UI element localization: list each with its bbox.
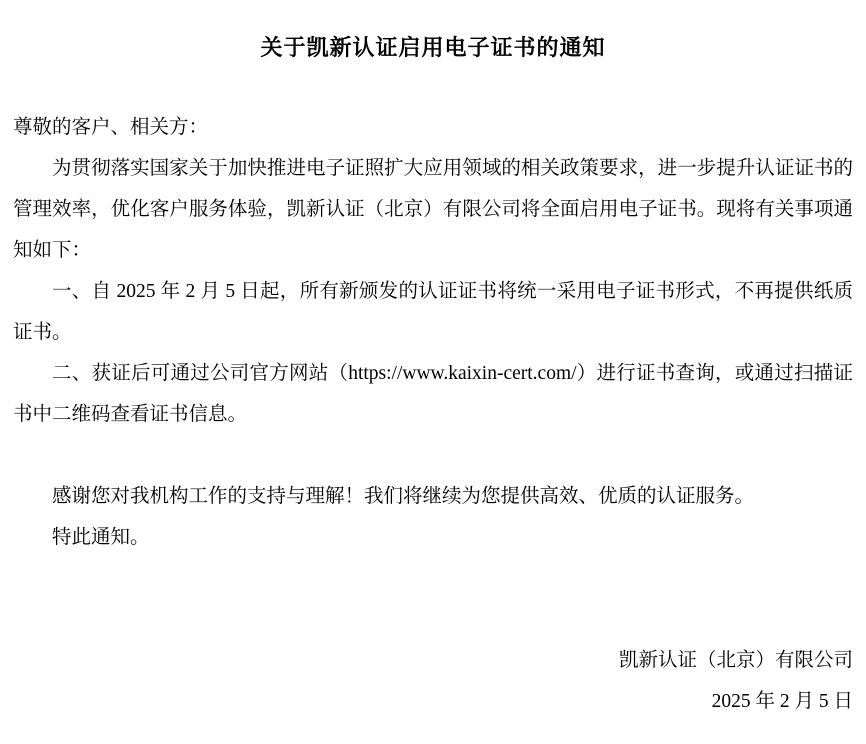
notice-title: 关于凯新认证启用电子证书的通知 xyxy=(13,0,853,63)
notice-body: 尊敬的客户、相关方： 为贯彻落实国家关于加快推进电子证照扩大应用领域的相关政策要… xyxy=(13,107,853,558)
blank-space xyxy=(13,558,853,640)
signature-date: 2025 年 2 月 5 日 xyxy=(13,681,853,722)
notice-paragraph-item-1: 一、自 2025 年 2 月 5 日起，所有新颁发的认证证书将统一采用电子证书形… xyxy=(13,271,853,353)
closing-notice: 特此通知。 xyxy=(13,517,853,558)
blank-line xyxy=(13,435,853,476)
notice-page: 关于凯新认证启用电子证书的通知 尊敬的客户、相关方： 为贯彻落实国家关于加快推进… xyxy=(0,0,866,744)
closing-thanks: 感谢您对我机构工作的支持与理解！我们将继续为您提供高效、优质的认证服务。 xyxy=(13,476,853,517)
signature-company: 凯新认证（北京）有限公司 xyxy=(13,640,853,681)
notice-paragraph-item-2: 二、获证后可通过公司官方网站（https://www.kaixin-cert.c… xyxy=(13,353,853,435)
salutation: 尊敬的客户、相关方： xyxy=(13,107,853,148)
signature-block: 凯新认证（北京）有限公司 2025 年 2 月 5 日 xyxy=(13,640,853,722)
notice-paragraph-intro: 为贯彻落实国家关于加快推进电子证照扩大应用领域的相关政策要求，进一步提升认证证书… xyxy=(13,148,853,271)
